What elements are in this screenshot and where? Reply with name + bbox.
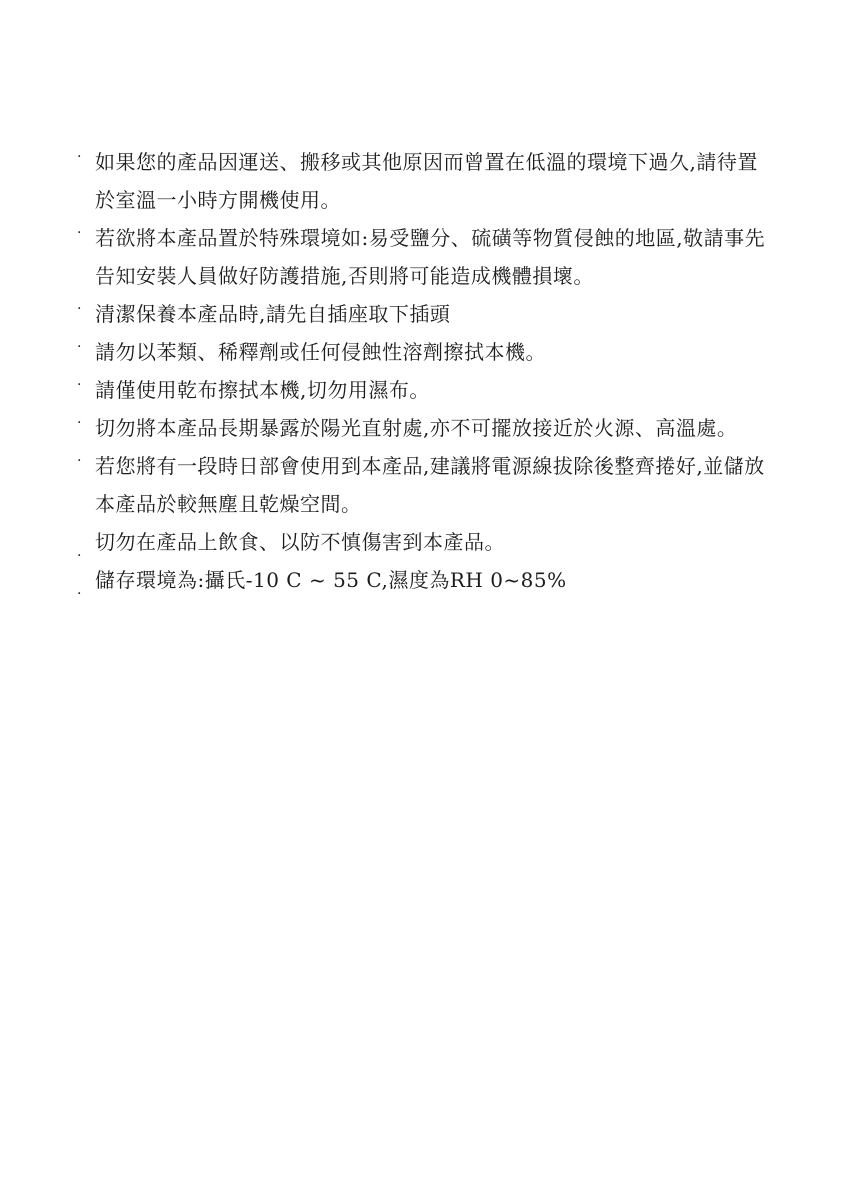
- bullet-marker: ·: [77, 214, 95, 252]
- text-line: 告知安裝人員做好防護措施,否則將可能造成機體損壞。: [95, 257, 786, 295]
- bullet-text: 請勿以苯類、稀釋劑或任何侵蝕性溶劑擦拭本機。: [95, 333, 786, 371]
- list-item: · 請僅使用乾布擦拭本機,切勿用濕布。: [77, 371, 786, 409]
- text-line: 若您將有一段時日部會使用到本產品,建議將電源線拔除後整齊捲好,並儲放: [95, 447, 786, 485]
- document-page: · 如果您的產品因運送、搬移或其他原因而曾置在低溫的環境下過久,請待置 於室溫一…: [0, 0, 842, 1191]
- text-line: 於室溫一小時方開機使用。: [95, 181, 786, 219]
- text-line: 儲存環境為:攝氏-10 C ~ 55 C,濕度為RH 0~85%: [95, 561, 786, 599]
- list-item: · 清潔保養本產品時,請先自插座取下插頭: [77, 295, 786, 333]
- bullet-text: 儲存環境為:攝氏-10 C ~ 55 C,濕度為RH 0~85%: [95, 561, 786, 599]
- bullet-text: 切勿在產品上飲食、以防不慎傷害到本產品。: [95, 523, 786, 561]
- list-item: · 儲存環境為:攝氏-10 C ~ 55 C,濕度為RH 0~85%: [77, 561, 786, 599]
- text-line: 清潔保養本產品時,請先自插座取下插頭: [95, 295, 786, 333]
- bullet-list: · 如果您的產品因運送、搬移或其他原因而曾置在低溫的環境下過久,請待置 於室溫一…: [0, 0, 842, 599]
- text-line: 如果您的產品因運送、搬移或其他原因而曾置在低溫的環境下過久,請待置: [95, 143, 786, 181]
- list-item: · 如果您的產品因運送、搬移或其他原因而曾置在低溫的環境下過久,請待置 於室溫一…: [77, 143, 786, 219]
- bullet-marker: ·: [77, 442, 95, 480]
- bullet-text: 切勿將本產品長期暴露於陽光直射處,亦不可擺放接近於火源、高溫處。: [95, 409, 786, 447]
- bullet-marker: ·: [77, 328, 95, 366]
- text-line: 請勿以苯類、稀釋劑或任何侵蝕性溶劑擦拭本機。: [95, 333, 786, 371]
- text-line: 本產品於較無塵且乾燥空間。: [95, 485, 786, 523]
- text-line: 切勿將本產品長期暴露於陽光直射處,亦不可擺放接近於火源、高溫處。: [95, 409, 786, 447]
- list-item: · 若您將有一段時日部會使用到本產品,建議將電源線拔除後整齊捲好,並儲放 本產品…: [77, 447, 786, 523]
- bullet-text: 若欲將本產品置於特殊環境如:易受鹽分、硫磺等物質侵蝕的地區,敬請事先 告知安裝人…: [95, 219, 786, 295]
- list-item: · 切勿在產品上飲食、以防不慎傷害到本產品。: [77, 523, 786, 561]
- bullet-marker: ·: [77, 290, 95, 328]
- bullet-text: 若您將有一段時日部會使用到本產品,建議將電源線拔除後整齊捲好,並儲放 本產品於較…: [95, 447, 786, 523]
- text-line: 若欲將本產品置於特殊環境如:易受鹽分、硫磺等物質侵蝕的地區,敬請事先: [95, 219, 786, 257]
- bullet-text: 請僅使用乾布擦拭本機,切勿用濕布。: [95, 371, 786, 409]
- bullet-marker: ·: [77, 138, 95, 176]
- bullet-marker: ·: [77, 575, 95, 613]
- bullet-marker: ·: [77, 537, 95, 575]
- bullet-text: 清潔保養本產品時,請先自插座取下插頭: [95, 295, 786, 333]
- list-item: · 請勿以苯類、稀釋劑或任何侵蝕性溶劑擦拭本機。: [77, 333, 786, 371]
- bullet-marker: ·: [77, 404, 95, 442]
- text-line: 切勿在產品上飲食、以防不慎傷害到本產品。: [95, 523, 786, 561]
- list-item: · 若欲將本產品置於特殊環境如:易受鹽分、硫磺等物質侵蝕的地區,敬請事先 告知安…: [77, 219, 786, 295]
- list-item: · 切勿將本產品長期暴露於陽光直射處,亦不可擺放接近於火源、高溫處。: [77, 409, 786, 447]
- bullet-marker: ·: [77, 366, 95, 404]
- text-line: 請僅使用乾布擦拭本機,切勿用濕布。: [95, 371, 786, 409]
- bullet-text: 如果您的產品因運送、搬移或其他原因而曾置在低溫的環境下過久,請待置 於室溫一小時…: [95, 143, 786, 219]
